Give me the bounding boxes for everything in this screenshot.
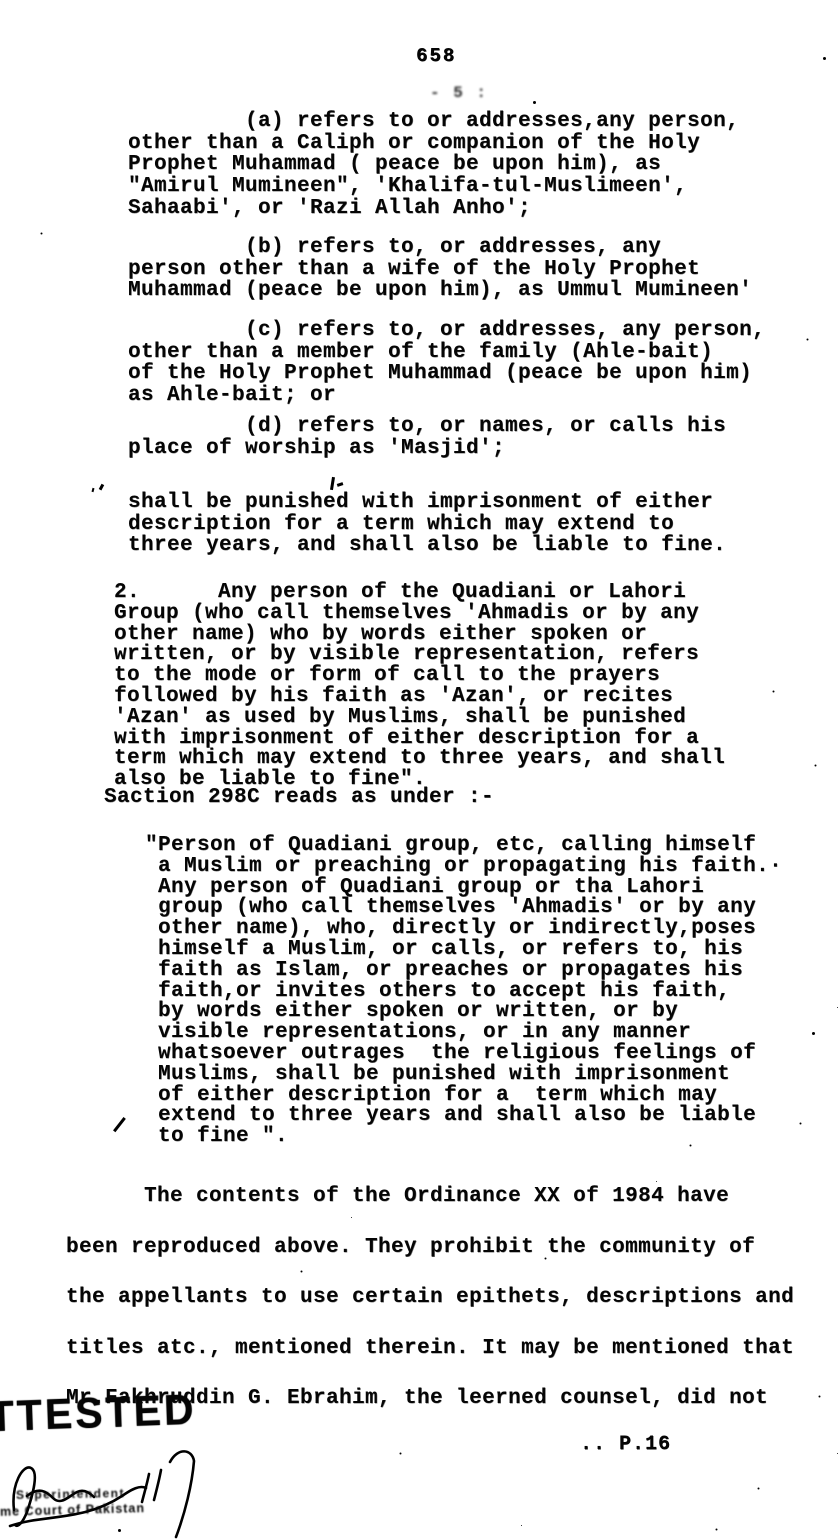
overstrike-mark	[330, 477, 335, 490]
text-line: of the Holy Prophet Muhammad (peace be u…	[128, 363, 765, 385]
section-298c-quote-paragraph: "Person of Quadiani group, etc, calling …	[145, 836, 782, 1148]
scan-noise-specks	[823, 57, 826, 60]
text-line: extend to three years and shall also be …	[145, 1106, 782, 1127]
stray-pen-mark	[113, 1117, 125, 1132]
margin-tick-mark	[92, 488, 95, 492]
text-line: Muhammad (peace be upon him), as Ummul M…	[128, 280, 752, 302]
page-marker: - 5 :	[430, 84, 488, 102]
text-line: Prophet Muhammad ( peace be upon him), a…	[128, 154, 739, 176]
text-line: faith,or invites others to accept his fa…	[145, 982, 782, 1003]
page-number: 658	[416, 45, 456, 67]
section-2-paragraph: 2. Any person of the Quadiani or LahoriG…	[114, 583, 725, 791]
text-line: with imprisonment of either description …	[114, 729, 725, 750]
handwritten-date-stroke	[170, 1451, 194, 1537]
text-line: by words either spoken or written, or by	[145, 1002, 782, 1023]
text-line: written, or by visible representation, r…	[114, 645, 725, 666]
clause-b-paragraph: (b) refers to, or addresses, anyperson o…	[128, 237, 752, 324]
text-line: titles atc., mentioned therein. It may b…	[66, 1324, 794, 1375]
text-line: (a) refers to or addresses,any person,	[128, 111, 739, 133]
text-line: group (who call themselves 'Ahmadis' or …	[145, 898, 782, 919]
text-line: (b) refers to, or addresses, any	[128, 237, 752, 259]
text-line: as Ahle-bait; or	[128, 385, 765, 407]
text-line: shall be punished with imprisonment of e…	[128, 492, 726, 514]
section-298c-heading: Saction 298C reads as under :-	[104, 786, 494, 809]
text-line: followed by his faith as 'Azan', or reci…	[114, 687, 725, 708]
penalty-paragraph: shall be punished with imprisonment of e…	[128, 492, 726, 557]
stamp-title-line: Superintendent	[16, 1486, 125, 1502]
text-line: The contents of the Ordinance XX of 1984…	[66, 1172, 794, 1223]
overstrike-mark	[337, 482, 343, 486]
clause-a-paragraph: (a) refers to or addresses,any person,ot…	[128, 111, 739, 220]
text-line: other than a Caliph or companion of the …	[128, 133, 739, 155]
text-line: other name) who by words either spoken o…	[114, 625, 725, 646]
text-line: a Muslim or preaching or propagating his…	[145, 857, 782, 878]
text-line: "Amirul Mumineen", 'Khalifa-tul-Muslimee…	[128, 176, 739, 198]
text-line: term which may extend to three years, an…	[114, 749, 725, 770]
text-line: faith as Islam, or preaches or propagate…	[145, 961, 782, 982]
page-continuation-ref: .. P.16	[580, 1433, 671, 1456]
text-line: Group (who call themselves 'Ahmadis or b…	[114, 604, 725, 625]
text-line: other name), who, directly or indirectly…	[145, 919, 782, 940]
text-line: visible representations, or in any manne…	[145, 1023, 782, 1044]
text-line: 2. Any person of the Quadiani or Lahori	[114, 583, 725, 604]
text-line: description for a term which may extend …	[128, 514, 726, 536]
text-line: (d) refers to, or names, or calls his	[128, 416, 726, 438]
clause-d-paragraph: (d) refers to, or names, or calls hispla…	[128, 416, 726, 459]
text-line: the appellants to use certain epithets, …	[66, 1273, 794, 1324]
handwritten-date-stroke	[154, 1470, 161, 1500]
text-line: himself a Muslim, or calls, or refers to…	[145, 940, 782, 961]
text-line: been reproduced above. They prohibit the…	[66, 1223, 794, 1274]
text-line: whatsoever outrages the religious feelin…	[145, 1044, 782, 1065]
text-line: of either description for a term which m…	[145, 1086, 782, 1107]
clause-c-paragraph: (c) refers to, or addresses, any person,…	[128, 320, 765, 407]
margin-tick-mark	[99, 484, 104, 490]
text-line: 'Azan' as used by Muslims, shall be puni…	[114, 708, 725, 729]
text-line: to the mode or form of call to the praye…	[114, 666, 725, 687]
attested-stamp: TTESTED	[0, 1385, 197, 1442]
text-line: Muslims, shall be punished with imprison…	[145, 1065, 782, 1086]
text-line: (c) refers to, or addresses, any person,	[128, 320, 765, 342]
text-line: "Person of Quadiani group, etc, calling …	[145, 836, 782, 857]
text-line: to fine ".	[145, 1127, 782, 1148]
text-line: person other than a wife of the Holy Pro…	[128, 259, 752, 281]
text-line: Sahaabi', or 'Razi Allah Anho';	[128, 198, 739, 220]
text-line: other than a member of the family (Ahle-…	[128, 342, 765, 364]
text-line: Any person of Quadiani group or tha Laho…	[145, 878, 782, 899]
text-line: three years, and shall also be liable to…	[128, 535, 726, 557]
text-line: place of worship as 'Masjid';	[128, 438, 726, 460]
scanned-document-page: 658 - 5 : (a) refers to or addresses,any…	[0, 0, 840, 1540]
